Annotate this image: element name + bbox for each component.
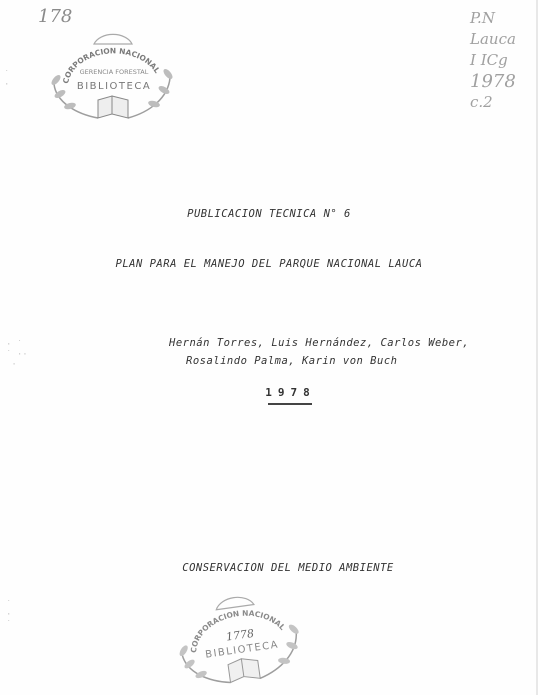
- authors-line-1: Hernán Torres, Luis Hernández, Carlos We…: [169, 337, 469, 349]
- publication-year: 1978: [0, 386, 538, 399]
- annotation-line: P.N: [470, 8, 530, 29]
- paper-speckle: · ˙˙ ·· ·: [6, 340, 28, 370]
- annotation-line: I ICg: [470, 50, 530, 71]
- margin-annotation: P.N Lauca I ICg 1978 c.2: [470, 8, 530, 113]
- svg-text:BIBLIOTECA: BIBLIOTECA: [205, 639, 280, 660]
- svg-text:GERENCIA FORESTAL: GERENCIA FORESTAL: [80, 68, 149, 76]
- svg-text:1778: 1778: [225, 627, 255, 644]
- footer-text: CONSERVACION DEL MEDIO AMBIENTE: [0, 562, 538, 574]
- paper-speckle: ˙·˙: [6, 600, 11, 630]
- stamp-emblem-icon: CORPORACION NACIONAL FORESTAL 1778 BIBLI…: [166, 576, 311, 693]
- svg-text:BIBLIOTECA: BIBLIOTECA: [77, 81, 151, 92]
- annotation-line: c.2: [470, 92, 530, 113]
- paper-speckle: ˙·: [4, 70, 9, 90]
- document-page: 178 P.N Lauca I ICg 1978 c.2 CORPORAC: [0, 0, 538, 695]
- document-title: PLAN PARA EL MANEJO DEL PARQUE NACIONAL …: [0, 258, 538, 270]
- stamp-emblem-icon: CORPORACION NACIONAL FORESTAL GERENCIA F…: [46, 22, 178, 122]
- publication-number: PUBLICACION TECNICA N° 6: [0, 208, 538, 220]
- authors-line-2: Rosalindo Palma, Karin von Buch: [186, 355, 397, 367]
- annotation-line: 1978: [470, 71, 530, 92]
- library-stamp: CORPORACION NACIONAL FORESTAL GERENCIA F…: [46, 22, 178, 122]
- annotation-line: Lauca: [470, 29, 530, 50]
- library-stamp: CORPORACION NACIONAL FORESTAL 1778 BIBLI…: [166, 576, 311, 693]
- year-underline: [268, 403, 312, 405]
